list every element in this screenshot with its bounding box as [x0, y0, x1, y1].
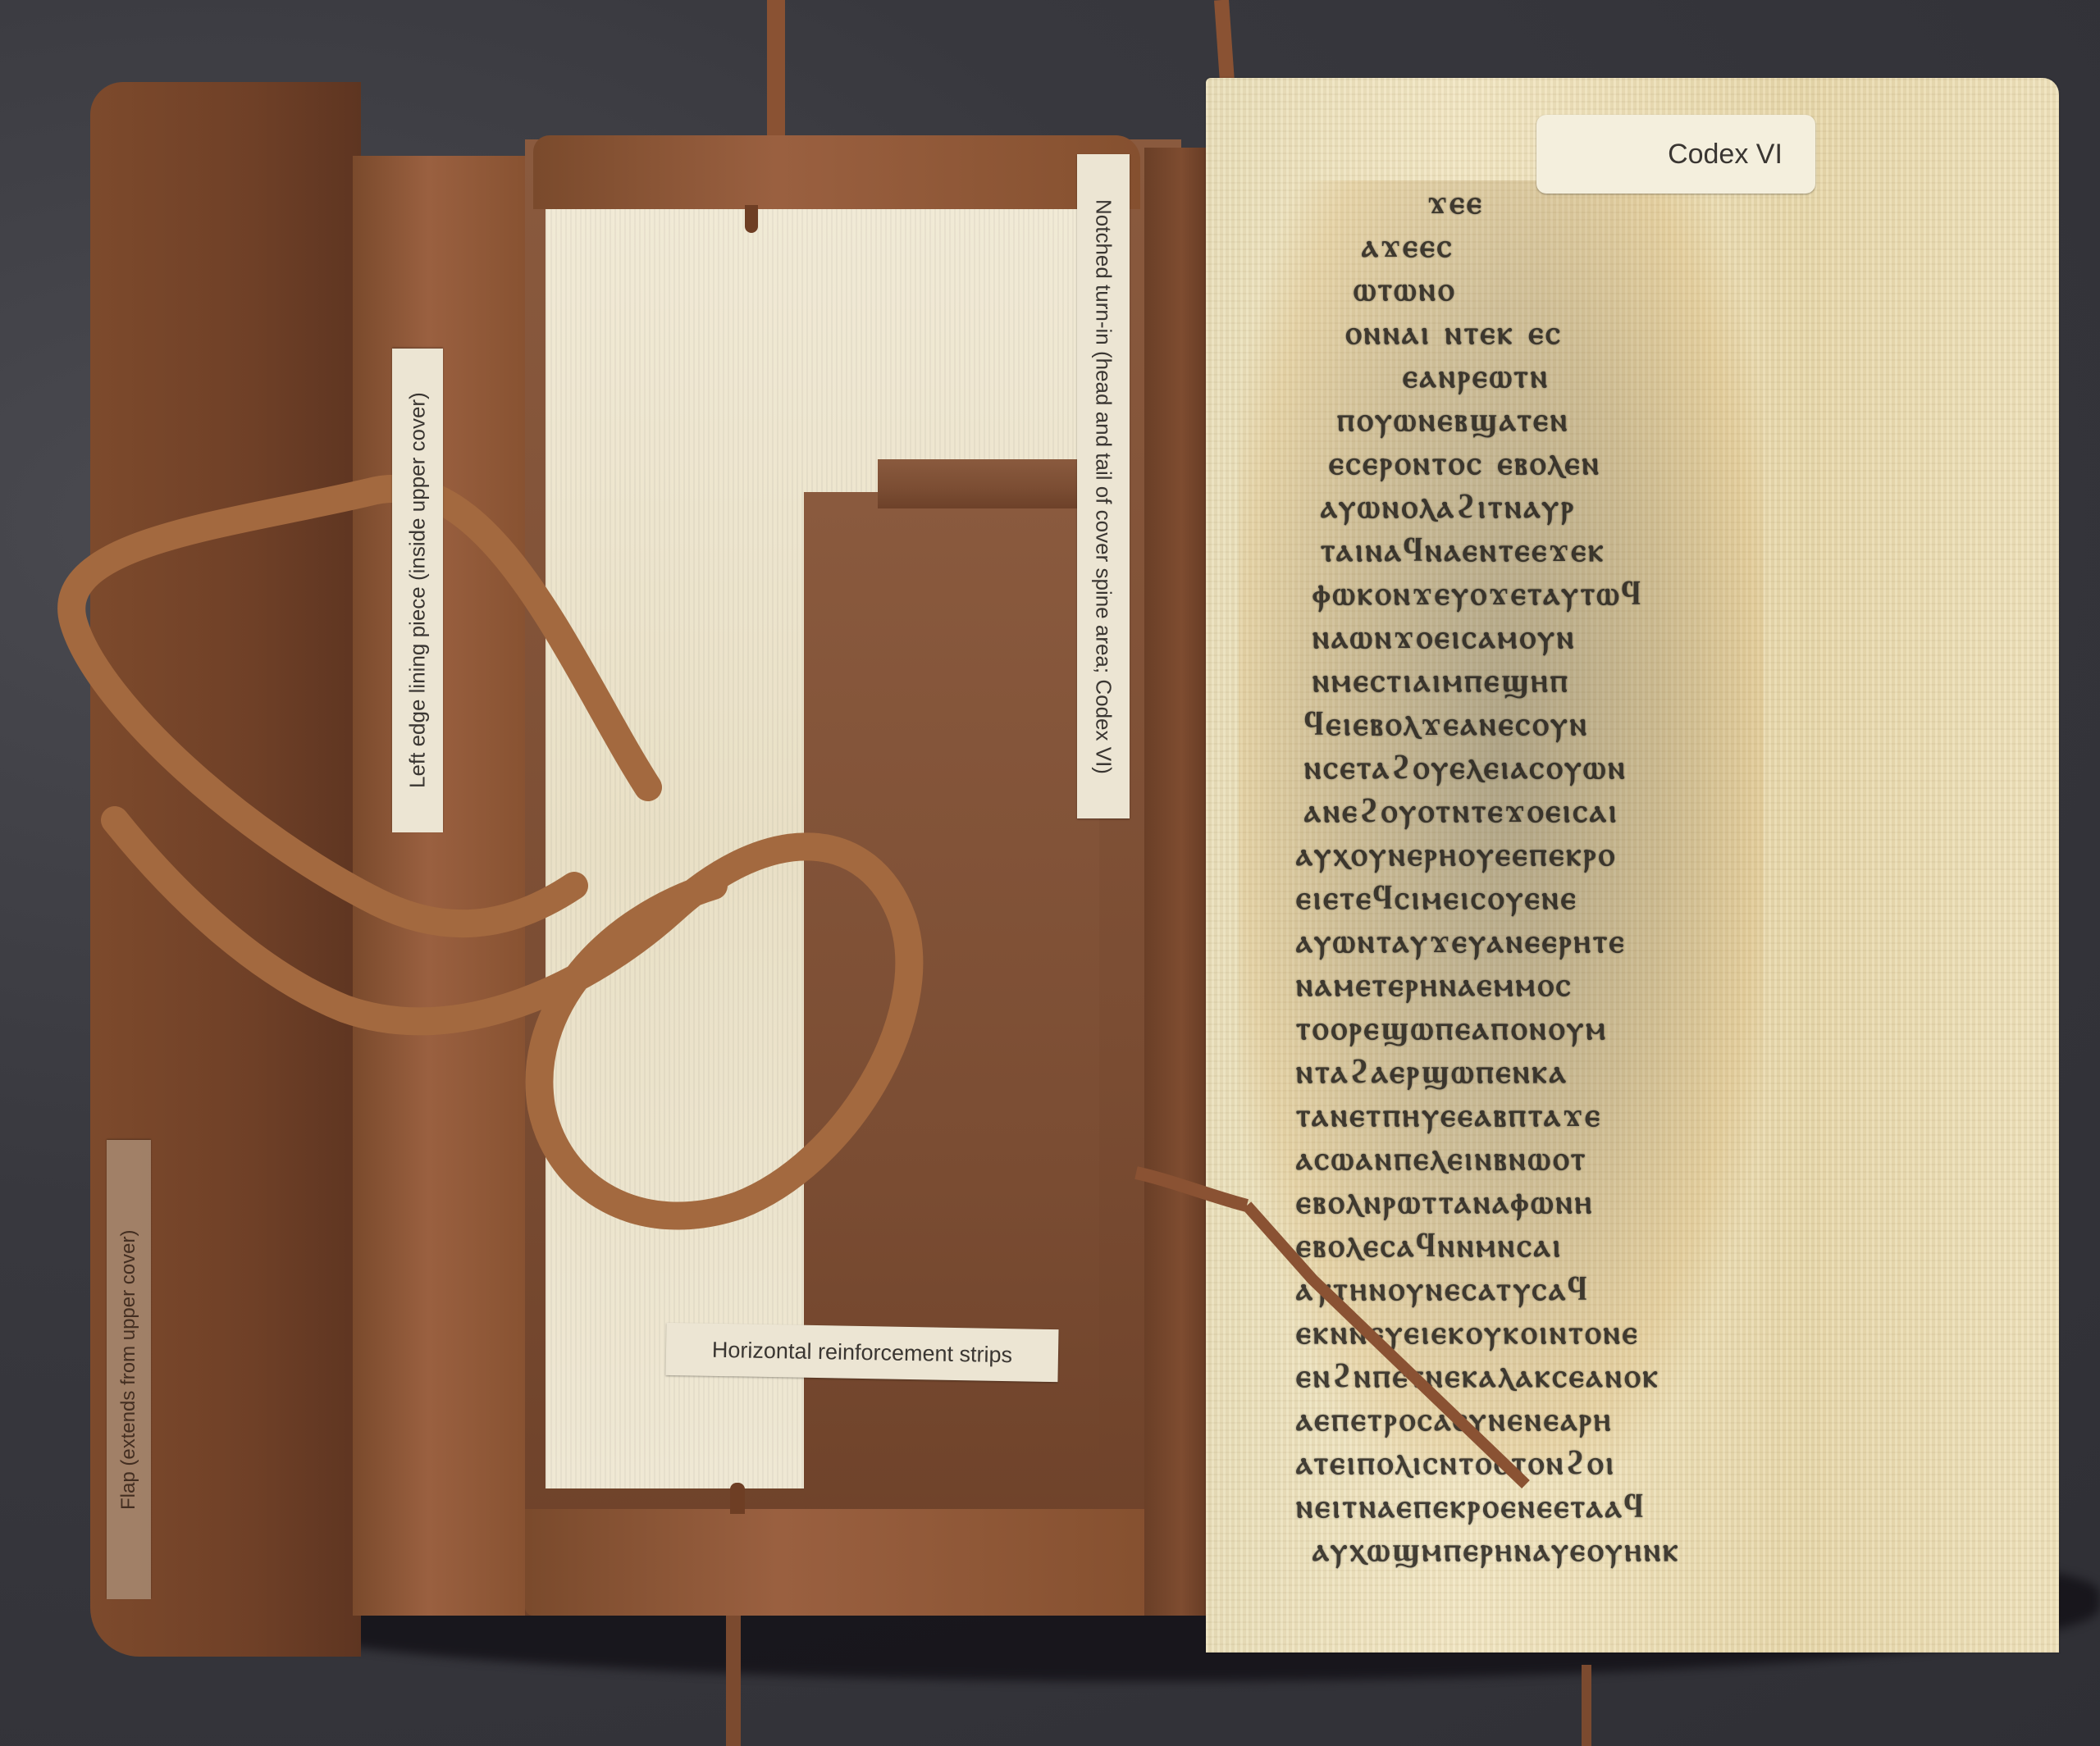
- notched-turn-in-text: Notched turn-in (head and tail of cover …: [1091, 199, 1116, 774]
- notched-turn-in-label: Notched turn-in (head and tail of cover …: [1077, 154, 1130, 818]
- codex-title-text: Codex VI: [1569, 139, 1783, 171]
- codex-title-label: Codex VI: [1536, 115, 1815, 194]
- horizontal-strips-text: Horizontal reinforcement strips: [712, 1337, 1013, 1367]
- flap-label: Flap (extends from upper cover): [107, 1140, 151, 1599]
- left-edge-lining-label: Left edge lining piece (inside upper cov…: [392, 349, 443, 832]
- left-edge-lining-text: Left edge lining piece (inside upper cov…: [405, 393, 431, 789]
- flap-text: Flap (extends from upper cover): [117, 1229, 140, 1509]
- leather-tie-strap: [0, 0, 2100, 1746]
- horizontal-strips-label: Horizontal reinforcement strips: [665, 1323, 1058, 1382]
